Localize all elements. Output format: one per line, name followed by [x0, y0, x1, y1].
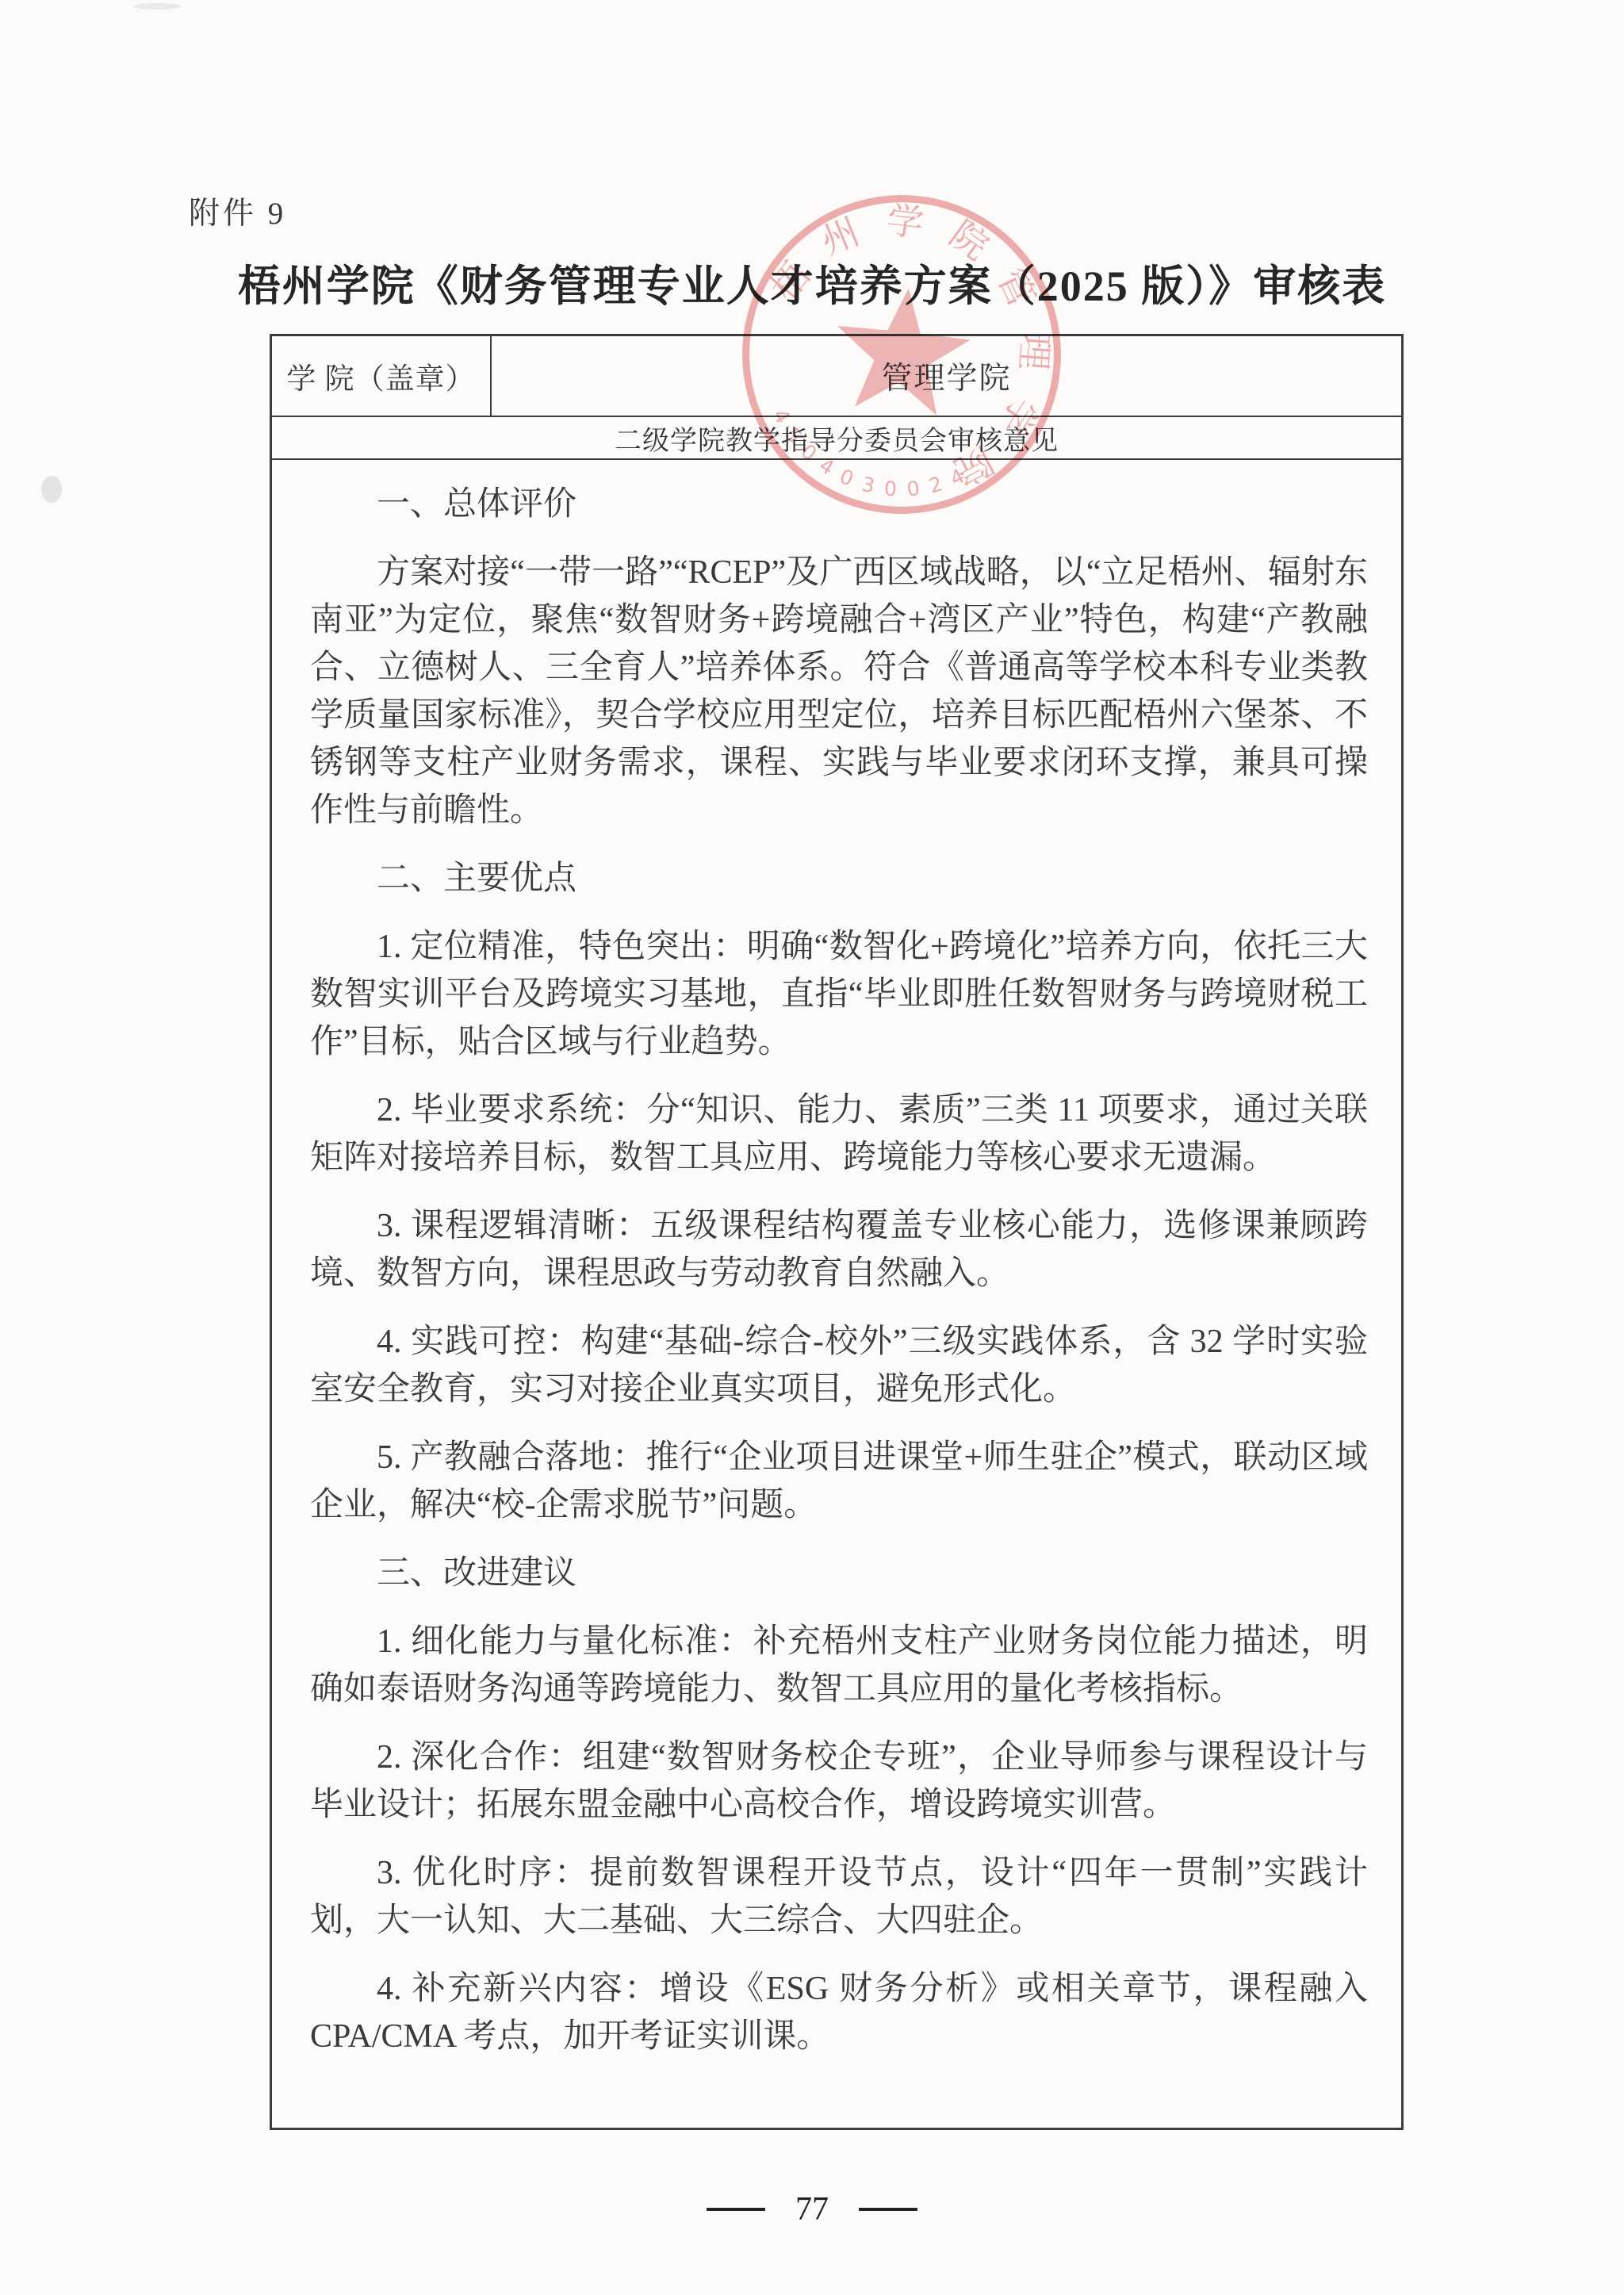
scan-artifact: [41, 476, 62, 503]
body-heading: 三、改进建议: [310, 1550, 1368, 1597]
body-paragraph: 2. 深化合作：组建“数智财务校企专班”，企业导师参与课程设计与毕业设计；拓展东…: [310, 1734, 1368, 1829]
attachment-label: 附件 9: [189, 189, 286, 233]
body-paragraph: 3. 优化时序：提前数智课程开设节点，设计“四年一贯制”实践计划，大一认知、大二…: [310, 1849, 1368, 1944]
college-name-value: 管理学院: [492, 336, 1401, 416]
body-paragraph: 3. 课程逻辑清晰：五级课程结构覆盖专业核心能力，选修课兼顾跨境、数智方向，课程…: [310, 1202, 1368, 1297]
body-paragraph: 5. 产教融合落地：推行“企业项目进课堂+师生驻企”模式，联动区域企业，解决“校…: [310, 1434, 1368, 1529]
scan-artifact: [133, 3, 181, 10]
body-paragraph: 1. 定位精准，特色突出：明确“数智化+跨境化”培养方向，依托三大数智实训平台及…: [310, 923, 1368, 1066]
document-page: 附件 9 梧州学院《财务管理专业人才培养方案（2025 版）》审核表 学 院（盖…: [0, 0, 1624, 2295]
review-table: 学 院（盖章） 管理学院 二级学院教学指导分委员会审核意见 一、总体评价 方案对…: [270, 334, 1404, 2130]
page-number-dash: [859, 2208, 917, 2211]
page-title: 梧州学院《财务管理专业人才培养方案（2025 版）》审核表: [0, 252, 1624, 313]
body-paragraph: 2. 毕业要求系统：分“知识、能力、素质”三类 11 项要求，通过关联矩阵对接培…: [310, 1086, 1368, 1182]
section-header: 二级学院教学指导分委员会审核意见: [272, 417, 1401, 460]
page-number: 77: [0, 2190, 1624, 2228]
page-number-dash: [707, 2208, 765, 2211]
body-paragraph: 方案对接“一带一路”“RCEP”及广西区域战略，以“立足梧州、辐射东南亚”为定位…: [310, 549, 1368, 834]
body-heading: 二、主要优点: [310, 855, 1368, 902]
body-heading: 一、总体评价: [310, 481, 1368, 528]
table-row: 学 院（盖章） 管理学院: [272, 336, 1401, 417]
page-number-value: 77: [795, 2190, 829, 2228]
college-stamp-label: 学 院（盖章）: [272, 336, 492, 416]
body-paragraph: 1. 细化能力与量化标准：补充梧州支柱产业财务岗位能力描述，明确如泰语财务沟通等…: [310, 1618, 1368, 1713]
body-paragraph: 4. 实践可控：构建“基础-综合-校外”三级实践体系，含 32 学时实验室安全教…: [310, 1318, 1368, 1413]
review-opinion-body: 一、总体评价 方案对接“一带一路”“RCEP”及广西区域战略，以“立足梧州、辐射…: [272, 460, 1401, 2060]
body-paragraph: 4. 补充新兴内容：增设《ESG 财务分析》或相关章节，课程融入 CPA/CMA…: [310, 1965, 1368, 2060]
